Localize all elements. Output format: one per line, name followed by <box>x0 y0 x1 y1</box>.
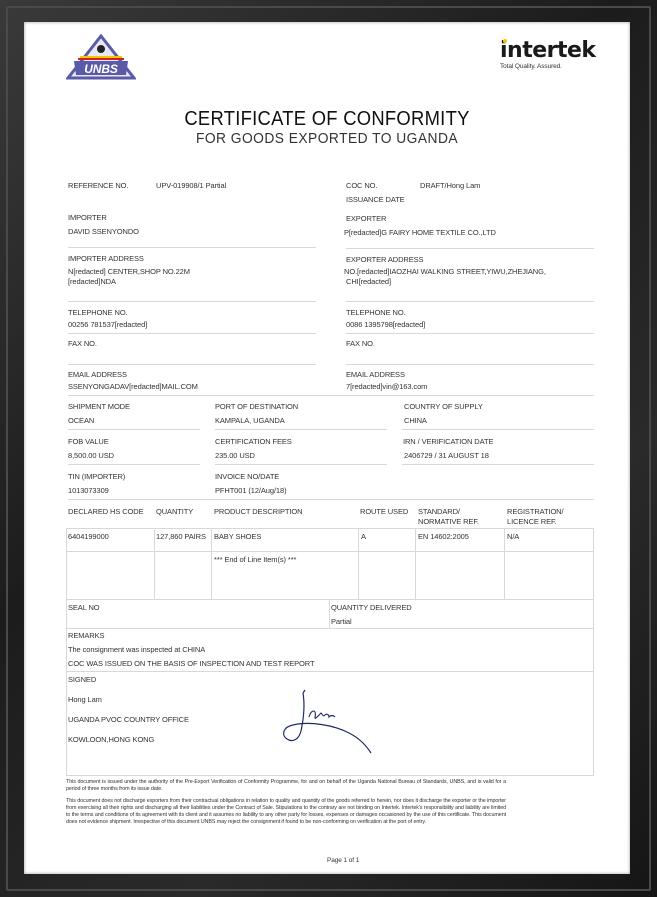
signed-label: SIGNED <box>68 675 96 684</box>
divider <box>68 395 594 396</box>
certificate-subtitle: FOR GOODS EXPORTED TO UGANDA <box>48 130 606 147</box>
divider <box>68 301 316 302</box>
port-of-destination-value: KAMPALA, UGANDA <box>215 416 285 425</box>
unbs-logo-icon: UNBS <box>66 34 136 80</box>
divider <box>402 464 594 465</box>
divider <box>329 599 330 628</box>
importer-fax-label: FAX NO. <box>68 339 97 348</box>
row-hs-code: 6404199000 <box>68 532 109 541</box>
divider <box>346 301 594 302</box>
intertek-logo: intertek Total Quality. Assured. <box>500 40 596 70</box>
header-registration-2: LICENCE REF. <box>507 517 557 526</box>
divider <box>68 247 316 248</box>
importer-telephone-label: TELEPHONE NO. <box>68 308 128 317</box>
shipment-mode-value: OCEAN <box>68 416 94 425</box>
exporter-email-value: 7[redacted]vin@163.com <box>346 382 427 391</box>
reference-no-label: REFERENCE NO. <box>68 181 128 190</box>
exporter-address-label: EXPORTER ADDRESS <box>346 255 423 264</box>
intertek-tagline: Total Quality. Assured. <box>500 63 596 70</box>
svg-text:UNBS: UNBS <box>84 62 118 76</box>
shipment-mode-label: SHIPMENT MODE <box>68 402 130 411</box>
importer-telephone-value: 00256 781537[redacted] <box>68 320 147 329</box>
row-quantity: 127,860 PAIRS <box>156 532 206 541</box>
divider <box>66 775 594 776</box>
country-of-supply-label: COUNTRY OF SUPPLY <box>404 402 483 411</box>
port-of-destination-label: PORT OF DESTINATION <box>215 402 298 411</box>
exporter-fax-label: FAX NO. <box>346 339 375 348</box>
divider <box>346 364 594 365</box>
fob-value-value: 8,500.00 USD <box>68 451 114 460</box>
signature-icon <box>279 687 379 757</box>
header-standard-2: NORMATIVE REF. <box>418 517 479 526</box>
certification-fees-value: 235.00 USD <box>215 451 255 460</box>
header-registration-1: REGISTRATION/ <box>507 507 563 516</box>
divider <box>215 429 387 430</box>
remarks-line2: COC WAS ISSUED ON THE BASIS OF INSPECTIO… <box>68 659 314 668</box>
signed-office: UGANDA PVOC COUNTRY OFFICE <box>68 715 189 724</box>
quantity-delivered-value: Partial <box>331 617 352 626</box>
importer-address-line1: N[redacted] CENTER,SHOP NO.22M <box>68 267 190 276</box>
invoice-no-date-label: INVOICE NO/DATE <box>215 472 279 481</box>
divider <box>68 333 316 334</box>
importer-email-value: SSENYONGADAV[redacted]MAIL.COM <box>68 382 198 391</box>
tin-importer-label: TIN (IMPORTER) <box>68 472 125 481</box>
picture-frame: UNBS intertek Total Quality. Assured. CE… <box>0 0 657 897</box>
row-description: BABY SHOES <box>214 532 261 541</box>
importer-label: IMPORTER <box>68 213 107 222</box>
page-indicator: Page 1 of 1 <box>327 857 359 864</box>
remarks-line1: The consignment was inspected at CHINA <box>68 645 205 654</box>
divider <box>402 429 594 430</box>
certification-fees-label: CERTIFICATION FEES <box>215 437 292 446</box>
header-product-description: PRODUCT DESCRIPTION <box>214 507 302 516</box>
importer-value: DAVID SSENYONDO <box>68 227 139 236</box>
divider <box>68 464 200 465</box>
remarks-label: REMARKS <box>68 631 104 640</box>
row-standard: EN 14602:2005 <box>418 532 469 541</box>
row-route: A <box>361 532 366 541</box>
divider <box>68 499 594 500</box>
row-end-of-items: *** End of Line Item(s) *** <box>214 555 296 564</box>
invoice-no-date-value: PFHT001 (12/Aug/18) <box>215 486 286 495</box>
intertek-dot-icon <box>503 39 507 43</box>
signed-location: KOWLOON,HONG KONG <box>68 735 154 744</box>
header-route-used: ROUTE USED <box>360 507 408 516</box>
certificate-page: UNBS intertek Total Quality. Assured. CE… <box>24 22 630 874</box>
quantity-delivered-label: QUANTITY DELIVERED <box>331 603 412 612</box>
reference-no-value: UPV-019908/1 Partial <box>156 181 226 190</box>
exporter-email-label: EMAIL ADDRESS <box>346 370 405 379</box>
importer-address-label: IMPORTER ADDRESS <box>68 254 144 263</box>
footer-para-2: This document does not discharge exporte… <box>66 798 506 826</box>
divider <box>66 628 594 629</box>
exporter-telephone-value: 0086 1395798[redacted] <box>346 320 425 329</box>
irn-verification-date-label: IRN / VERIFICATION DATE <box>403 437 493 446</box>
irn-verification-date-value: 2406729 / 31 AUGUST 18 <box>404 451 489 460</box>
certificate-title: CERTIFICATE OF CONFORMITY <box>48 108 606 131</box>
importer-email-label: EMAIL ADDRESS <box>68 370 127 379</box>
row-registration: N/A <box>507 532 519 541</box>
tin-importer-value: 1013073309 <box>68 486 109 495</box>
importer-address-line2: [redacted]NDA <box>68 277 116 286</box>
seal-no-label: SEAL NO <box>68 603 100 612</box>
country-of-supply-value: CHINA <box>404 416 427 425</box>
divider <box>68 429 200 430</box>
exporter-address-line2: CHI[redacted] <box>346 277 391 286</box>
header-quantity: QUANTITY <box>156 507 193 516</box>
coc-no-value: DRAFT/Hong Lam <box>420 181 480 190</box>
header-standard-1: STANDARD/ <box>418 507 460 516</box>
exporter-value: P[redacted]G FAIRY HOME TEXTILE CO.,LTD <box>344 228 496 237</box>
footer-para-1: This document is issued under the author… <box>66 779 506 793</box>
exporter-address-line1: NO.[redacted]IAOZHAI WALKING STREET,YIWU… <box>344 267 546 276</box>
intertek-brand: intertek <box>500 40 596 62</box>
coc-no-label: COC NO. <box>346 181 377 190</box>
exporter-label: EXPORTER <box>346 214 386 223</box>
divider <box>66 671 594 672</box>
fob-value-label: FOB VALUE <box>68 437 109 446</box>
issuance-date-label: ISSUANCE DATE <box>346 195 405 204</box>
divider <box>215 464 387 465</box>
header-hs-code: DECLARED HS CODE <box>68 507 144 516</box>
signed-name: Hong Lam <box>68 695 102 704</box>
divider <box>346 333 594 334</box>
divider <box>346 248 594 249</box>
divider <box>68 364 316 365</box>
exporter-telephone-label: TELEPHONE NO. <box>346 308 406 317</box>
